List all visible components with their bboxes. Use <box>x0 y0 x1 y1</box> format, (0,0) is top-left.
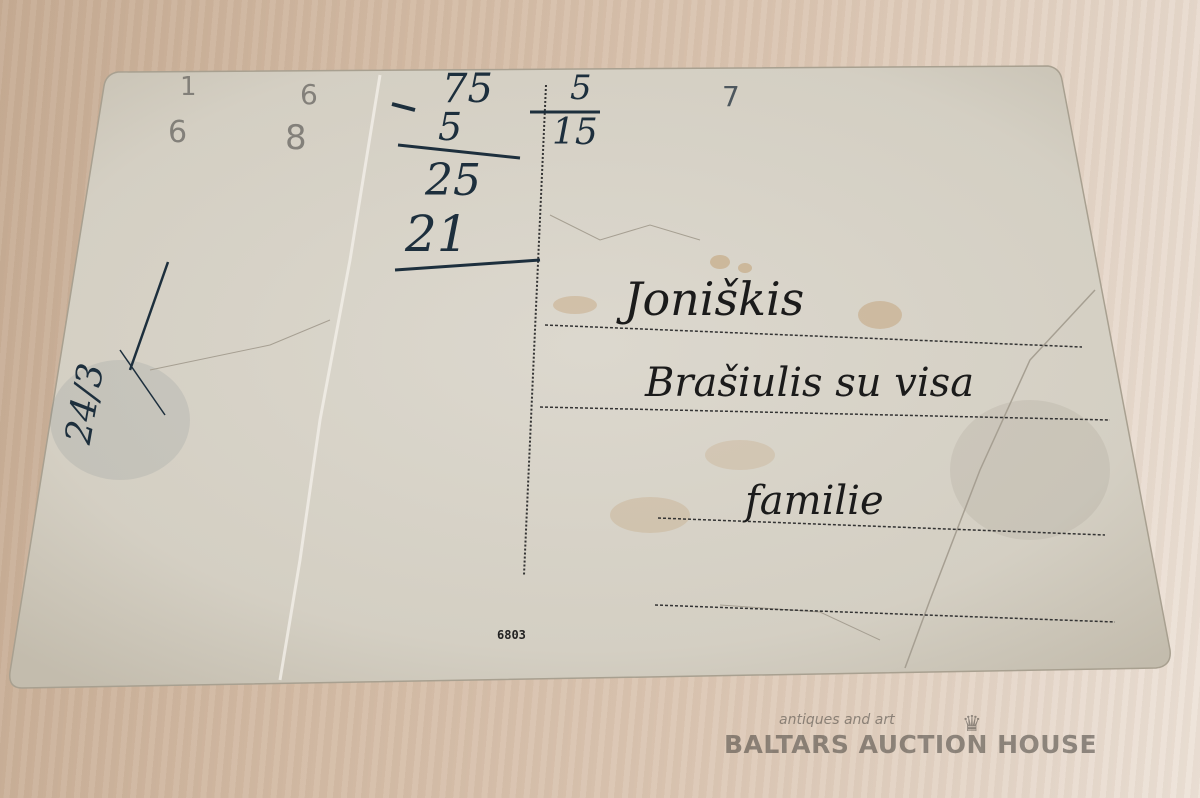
watermark-tagline: antiques and art <box>779 712 895 728</box>
watermark-brand: BALTARS AUCTION HOUSE <box>724 730 1097 759</box>
print-number: 6803 <box>497 628 526 642</box>
pencil-mark: 8 <box>285 118 307 158</box>
address-line-1: Joniškis <box>624 272 804 326</box>
address-line-2: Brašiulis su visa <box>645 360 974 406</box>
address-line-3: familie <box>745 478 884 524</box>
pencil-mark: 6 <box>300 78 318 111</box>
pencil-mark: 6 <box>168 115 187 150</box>
pencil-mark: 1 <box>180 72 197 102</box>
postcard: 1 6 6 8 7 75 5 25 21 5 15 24/3 Joniškis … <box>0 0 1200 798</box>
calc-line-4: 21 <box>405 205 469 263</box>
fraction-numerator: 5 <box>570 68 592 108</box>
calc-line-3: 25 <box>425 155 481 206</box>
calc-line-2: 5 <box>438 105 462 149</box>
fraction-denominator: 15 <box>552 112 598 153</box>
pencil-mark: 7 <box>722 80 740 113</box>
